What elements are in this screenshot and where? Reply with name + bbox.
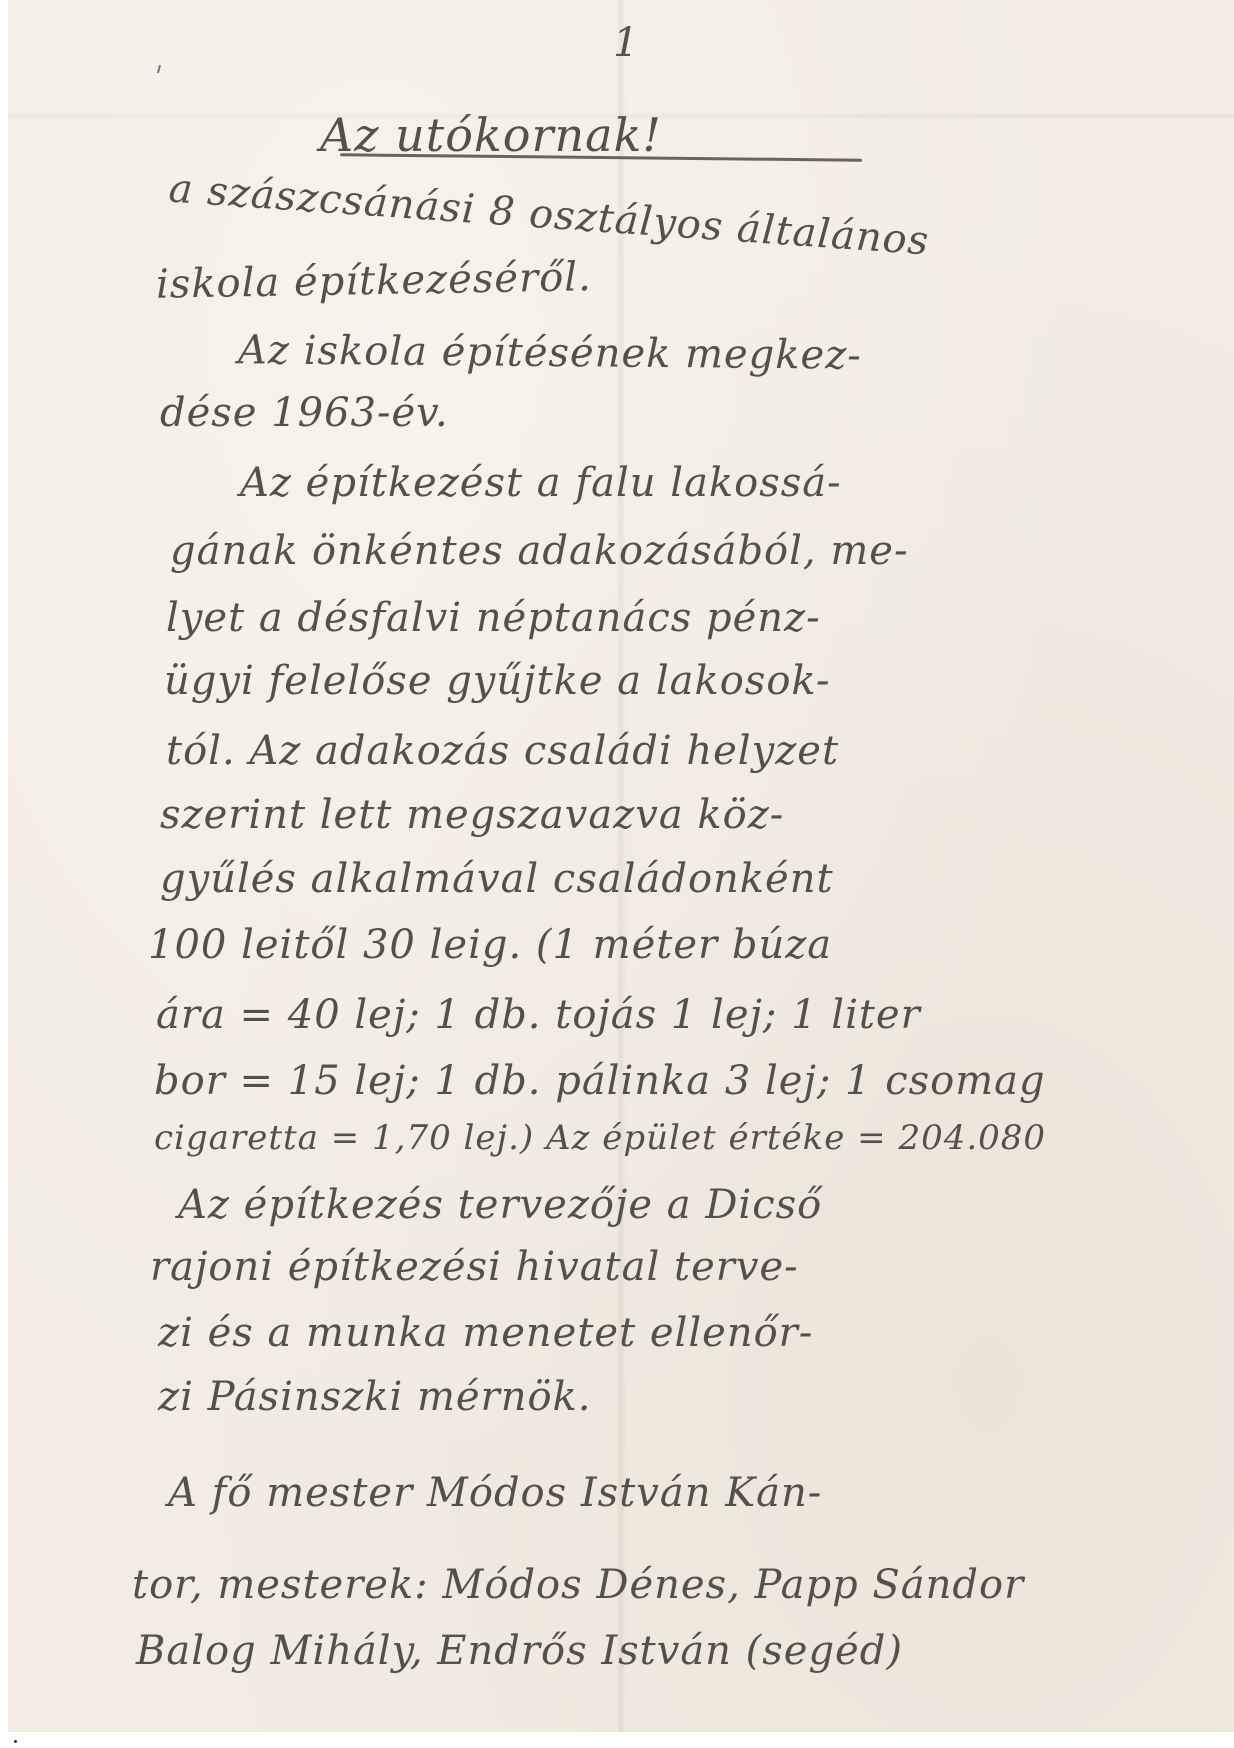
text-line-5: Az építkezést a falu lakossá-: [240, 460, 842, 506]
text-line-10: szerint lett megszavazva köz-: [160, 792, 784, 838]
text-line-18: zi és a munka menetet ellenőr-: [158, 1310, 813, 1356]
text-line-16: Az építkezés tervezője a Dicső: [178, 1182, 822, 1228]
scan-artifact-dot: [14, 1740, 17, 1743]
text-line-2: iskola építkezéséről.: [156, 254, 592, 308]
text-line-9: tól. Az adakozás családi helyzet: [166, 728, 839, 774]
text-line-6: gának önkéntes adakozásából, me-: [170, 528, 908, 574]
text-line-8: ügyi felelőse gyűjtke a lakosok-: [164, 658, 830, 704]
handwritten-page: 1 Az utókornak! a szászcsánási 8 osztály…: [8, 0, 1234, 1732]
paper-speck: [157, 65, 161, 73]
text-line-7: lyet a désfalvi néptanács pénz-: [166, 595, 821, 641]
text-line-20: A fő mester Módos István Kán-: [168, 1470, 822, 1516]
text-line-1: a szászcsánási 8 osztályos általános: [167, 165, 930, 264]
page-number: 1: [613, 20, 639, 66]
text-line-15: cigaretta = 1,70 lej.) Az épület értéke …: [154, 1118, 1046, 1158]
text-line-17: rajoni építkezési hivatal terve-: [150, 1244, 799, 1290]
text-line-21: tor, mesterek: Módos Dénes, Papp Sándor: [132, 1562, 1024, 1608]
text-line-13: ára = 40 lej; 1 db. tojás 1 lej; 1 liter: [156, 992, 921, 1038]
text-line-22: Balog Mihály, Endrős István (segéd): [136, 1628, 903, 1674]
text-line-3: Az iskola építésének megkez-: [238, 327, 862, 378]
text-line-19: zi Pásinszki mérnök.: [158, 1374, 592, 1420]
text-line-4: dése 1963-év.: [160, 390, 449, 436]
text-line-14: bor = 15 lej; 1 db. pálinka 3 lej; 1 cso…: [154, 1058, 1046, 1104]
text-line-11: gyűlés alkalmával családonként: [160, 856, 834, 902]
text-line-12: 100 leitől 30 leig. (1 méter búza: [148, 922, 832, 968]
